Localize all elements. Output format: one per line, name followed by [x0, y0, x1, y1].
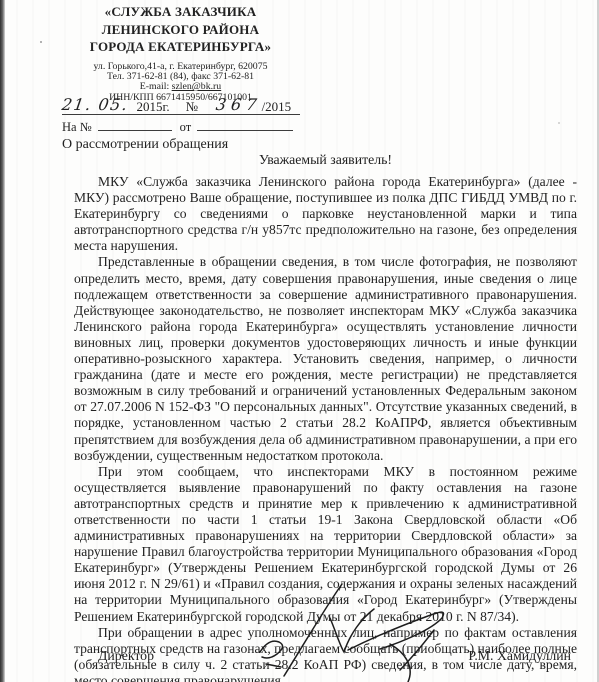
- letterhead: «СЛУЖБА ЗАКАЗЧИКА ЛЕНИНСКОГО РАЙОНА ГОРО…: [28, 3, 333, 103]
- date-number-line: 21. 05. 2015г. № 367 /2015: [62, 96, 300, 115]
- reply-number-blank: [98, 118, 172, 131]
- handwritten-number: 367: [215, 95, 263, 114]
- subject-line: О рассмотрении обращения: [62, 137, 362, 153]
- salutation: Уважаемый заявитель!: [74, 152, 577, 168]
- paragraph: Представленные в обращении сведения, в т…: [74, 254, 577, 463]
- signoff-name: Р.М. Хамидуллин: [468, 648, 571, 664]
- org-name-line-3: ГОРОДА ЕКАТЕРИНБУРГА»: [28, 38, 333, 56]
- reply-date-blank: [197, 118, 293, 131]
- signature-handwriting: [232, 572, 447, 682]
- org-name: «СЛУЖБА ЗАКАЗЧИКА ЛЕНИНСКОГО РАЙОНА ГОРО…: [28, 3, 333, 56]
- org-name-line-1: «СЛУЖБА ЗАКАЗЧИКА: [28, 3, 333, 21]
- scan-speck: [558, 122, 560, 124]
- signoff-row: Директор Р.М. Хамидуллин: [74, 648, 571, 664]
- scanned-letter-page: «СЛУЖБА ЗАКАЗЧИКА ЛЕНИНСКОГО РАЙОНА ГОРО…: [0, 0, 599, 682]
- org-name-line-2: ЛЕНИНСКОГО РАЙОНА: [28, 21, 333, 39]
- number-suffix: /2015: [262, 99, 292, 115]
- year-typed: 2015г.: [136, 99, 169, 115]
- paragraph: МКУ «Служба заказчика Ленинского района …: [74, 174, 577, 254]
- reference-block: 21. 05. 2015г. № 367 /2015 На № от О рас…: [62, 96, 362, 153]
- reply-from-label: от: [180, 120, 192, 135]
- number-sign: №: [186, 99, 198, 115]
- reply-reference-line: На № от: [62, 118, 362, 133]
- email-address: szlen@bk.ru: [172, 81, 222, 92]
- signoff-title: Директор: [98, 648, 154, 664]
- email-label: E-mail:: [140, 81, 169, 92]
- handwritten-date: 21. 05.: [61, 95, 130, 114]
- scan-left-border: [0, 0, 5, 682]
- reply-to-label: На №: [62, 120, 92, 135]
